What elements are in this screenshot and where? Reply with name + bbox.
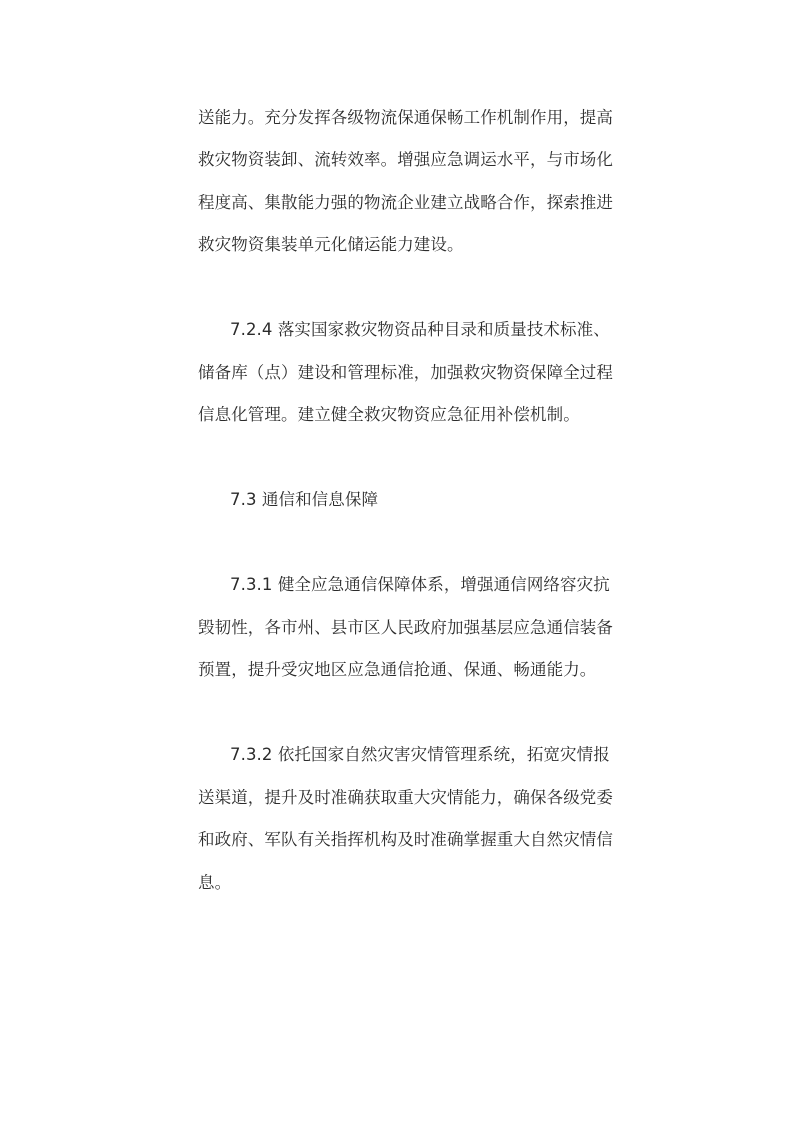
text-line: 信息化管理。建立健全救灾物资应急征用补偿机制。 bbox=[198, 405, 580, 425]
text-line: 7.2.4 落实国家救灾物资品种目录和质量技术标准、 bbox=[230, 320, 610, 340]
text-line: 预置，提升受灾地区应急通信抢通、保通、畅通能力。 bbox=[198, 660, 596, 680]
text-line: 程度高、集散能力强的物流企业建立战略合作，探索推进 bbox=[198, 193, 613, 213]
text-line: 送能力。充分发挥各级物流保通保畅工作机制作用，提高 bbox=[198, 108, 613, 128]
text-line: 息。 bbox=[198, 873, 231, 893]
text-line: 7.3.2 依托国家自然灾害灾情管理系统，拓宽灾情报 bbox=[230, 745, 610, 765]
text-line: 救灾物资装卸、流转效率。增强应急调运水平，与市场化 bbox=[198, 150, 613, 170]
text-line: 送渠道，提升及时准确获取重大灾情能力，确保各级党委 bbox=[198, 788, 613, 808]
text-line: 储备库（点）建设和管理标准，加强救灾物资保障全过程 bbox=[198, 363, 613, 383]
text-line: 7.3.1 健全应急通信保障体系，增强通信网络容灾抗 bbox=[230, 575, 610, 595]
text-line: 救灾物资集装单元化储运能力建设。 bbox=[198, 235, 464, 255]
text-line: 毁韧性，各市州、县市区人民政府加强基层应急通信装备 bbox=[198, 618, 613, 638]
document-page: 送能力。充分发挥各级物流保通保畅工作机制作用，提高 救灾物资装卸、流转效率。增强… bbox=[0, 0, 793, 1122]
text-line: 和政府、军队有关指挥机构及时准确掌握重大自然灾情信 bbox=[198, 830, 613, 850]
section-heading: 7.3 通信和信息保障 bbox=[230, 490, 378, 510]
